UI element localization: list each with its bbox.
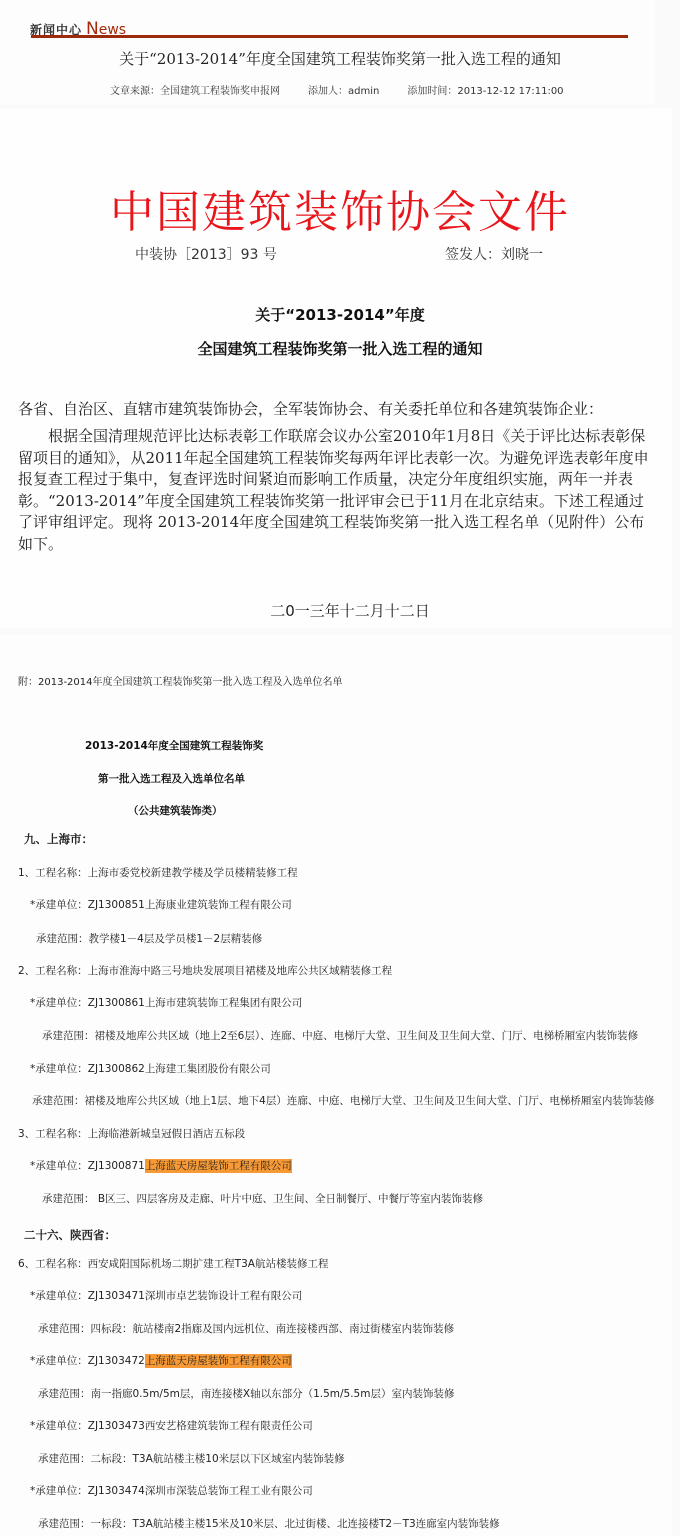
contractor-unit: *承建单位：ZJ1303471深圳市卓艺装饰设计工程有限公司: [30, 1288, 302, 1303]
list-title-line1: 2013-2014年度全国建筑工程装饰奖: [85, 738, 263, 753]
contractor-scope: 承建范围：南一指廊0.5m/5m层，南连接楼X轴以东部分（1.5m/5.5m层）…: [38, 1386, 454, 1401]
contractor-scope: 承建范围：教学楼1－4层及学员楼1－2层精装修: [36, 931, 262, 946]
contractor-scope: 承建范围：裙楼及地库公共区域（地上1层、地下4层）连廊、中庭、电梯厅大堂、卫生间…: [32, 1093, 654, 1108]
project-name: 2、工程名称：上海市淮海中路三号地块发展项目裙楼及地库公共区域精装修工程: [18, 963, 392, 978]
article-time: 添加时间：2013-12-12 17:11:00: [407, 82, 563, 97]
article-author: 添加人：admin: [308, 82, 379, 97]
project-name: 6、工程名称：西安咸阳国际机场二期扩建工程T3A航站楼装修工程: [18, 1256, 328, 1271]
highlighted-company: 上海蓝天房屋装饰工程有限公司: [145, 1354, 292, 1368]
contractor-unit: *承建单位：ZJ1303474深圳市深装总装饰工程工业有限公司: [30, 1483, 313, 1498]
list-title-line2: 第一批入选工程及入选单位名单: [98, 771, 245, 786]
article-meta: 文章来源：全国建筑工程装饰奖申报网 添加人：admin 添加时间：2013-12…: [110, 82, 564, 97]
project-name: 1、工程名称：上海市委党校新建教学楼及学员楼精装修工程: [18, 865, 298, 880]
notice-body: 根据全国清理规范评比达标表彰工作联席会议办公室2010年1月8日《关于评比达标表…: [18, 426, 658, 555]
contractor-scope: 承建范围：四标段：航站楼南2指廊及国内远机位、南连接楼西部、南过街楼室内装饰装修: [38, 1321, 454, 1336]
contractor-unit: *承建单位：ZJ1300851上海康业建筑装饰工程有限公司: [30, 897, 292, 912]
notice-title-line1: 关于“2013-2014”年度: [0, 304, 680, 325]
contractor-unit: *承建单位：ZJ1303472上海蓝天房屋装饰工程有限公司: [30, 1353, 292, 1368]
attachment-list-panel: 附：2013-2014年度全国建筑工程装饰奖第一批入选工程及入选单位名单 201…: [0, 635, 672, 1536]
contractor-scope: 承建范围：裙楼及地库公共区域（地上2至6层）、连廊、中庭、电梯厅大堂、卫生间及卫…: [42, 1028, 638, 1043]
document-header-title: 中国建筑装饰协会文件: [0, 176, 680, 240]
section-heading-shaanxi: 二十六、陕西省：: [24, 1227, 116, 1243]
contractor-unit: *承建单位：ZJ1300861上海市建筑装饰工程集团有限公司: [30, 995, 302, 1010]
official-document: 中国建筑装饰协会文件 中装协［2013］93 号 签发人：刘晓一 关于“2013…: [0, 108, 672, 628]
contractor-unit: *承建单位：ZJ1303473西安艺格建筑装饰工程有限责任公司: [30, 1418, 313, 1433]
contractor-scope: 承建范围：一标段：T3A航站楼主楼15米及10米层、北过街楼、北连接楼T2－T3…: [38, 1516, 500, 1531]
contractor-scope: 承建范围： B区三、四层客房及走廊、叶片中庭、卫生间、全日制餐厅、中餐厅等室内装…: [42, 1191, 483, 1206]
header-divider: [31, 35, 628, 38]
document-date: 二0一三年十二月十二日: [0, 600, 680, 621]
document-signer: 签发人：刘晓一: [445, 244, 543, 264]
document-number: 中装协［2013］93 号: [135, 244, 277, 264]
article-source: 文章来源：全国建筑工程装饰奖申报网: [110, 82, 280, 97]
contractor-unit: *承建单位：ZJ1300862上海建工集团股份有限公司: [30, 1061, 271, 1076]
salutation: 各省、自治区、直辖市建筑装饰协会，全军装饰协会、有关委托单位和各建筑装饰企业：: [18, 398, 603, 419]
highlighted-company: 上海蓝天房屋装饰工程有限公司: [145, 1159, 292, 1173]
project-name: 3、工程名称：上海临港新城皇冠假日酒店五标段: [18, 1126, 245, 1141]
section-heading-shanghai: 九、上海市：: [24, 831, 93, 847]
attachment-note: 附：2013-2014年度全国建筑工程装饰奖第一批入选工程及入选单位名单: [18, 673, 343, 688]
news-header-panel: 新闻中心 News 关于“2013-2014”年度全国建筑工程装饰奖第一批入选工…: [0, 0, 655, 105]
notice-title-line2: 全国建筑工程装饰奖第一批入选工程的通知: [0, 338, 680, 359]
contractor-unit: *承建单位：ZJ1300871上海蓝天房屋装饰工程有限公司: [30, 1158, 292, 1173]
contractor-scope: 承建范围：二标段：T3A航站楼主楼10米层以下区域室内装饰装修: [38, 1451, 345, 1466]
list-title-line3: （公共建筑装饰类）: [128, 803, 223, 818]
article-title: 关于“2013-2014”年度全国建筑工程装饰奖第一批入选工程的通知: [0, 48, 680, 69]
